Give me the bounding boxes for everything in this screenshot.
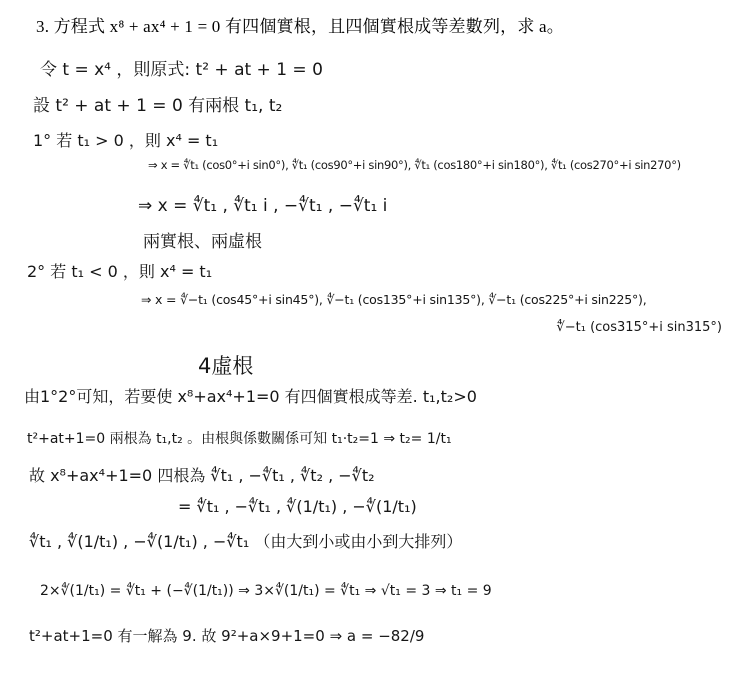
solution-line-case2-conclusion: 4虛根: [198, 353, 253, 379]
solution-line-final-answer: t²+at+1=0 有一解為 9. 故 9²+a×9+1=0 ⇒ a = −82…: [29, 627, 424, 646]
solution-line-case2: 2° 若 t₁ < 0 ，則 x⁴ = t₁: [27, 262, 212, 282]
solution-line-four-roots: 故 x⁸+ax⁴+1=0 四根為 ∜t₁ , −∜t₁ , ∜t₂ , −∜t₂: [29, 466, 375, 486]
solution-line-case1-roots: ⇒ x = ∜t₁ , ∜t₁ i , −∜t₁ , −∜t₁ i: [138, 196, 387, 217]
solution-line-two-roots: 設 t² + at + 1 = 0 有兩根 t₁, t₂: [33, 96, 282, 117]
solution-line-case1-conclusion: 兩實根、兩虛根: [143, 232, 262, 253]
solution-line-case1-polar-roots: ⇒ x = ∜t₁ (cos0°+i sin0°), ∜t₁ (cos90°+i…: [148, 158, 681, 172]
solution-line-four-roots-rewrite: = ∜t₁ , −∜t₁ , ∜(1/t₁) , −∜(1/t₁): [178, 497, 417, 517]
solution-line-combined-condition: 由1°2°可知，若要使 x⁸+ax⁴+1=0 有四個實根成等差. t₁,t₂>0: [24, 387, 477, 407]
solution-line-arithmetic-solve: 2×∜(1/t₁) = ∜t₁ + (−∜(1/t₁)) ⇒ 3×∜(1/t₁)…: [40, 583, 492, 601]
solution-line-ordered-roots: ∜t₁ , ∜(1/t₁) , −∜(1/t₁) , −∜t₁ （由大到小或由小…: [29, 532, 462, 552]
problem-statement: 3. 方程式 x⁸ + ax⁴ + 1 = 0 有四個實根，且四個實根成等差數列…: [36, 16, 564, 37]
solution-line-case1: 1° 若 t₁ > 0 ，則 x⁴ = t₁: [33, 131, 218, 151]
solution-line-case2-polar-roots: ⇒ x = ∜−t₁ (cos45°+i sin45°), ∜−t₁ (cos1…: [141, 292, 647, 308]
solution-line-case2-polar-cont: ∜−t₁ (cos315°+i sin315°): [556, 320, 722, 336]
solution-line-substitution: 令 t = x⁴ ，則原式: t² + at + 1 = 0: [40, 60, 323, 81]
worksheet-page: 3. 方程式 x⁸ + ax⁴ + 1 = 0 有四個實根，且四個實根成等差數列…: [0, 0, 740, 679]
solution-line-vieta: t²+at+1=0 兩根為 t₁,t₂ 。由根與係數關係可知 t₁·t₂=1 ⇒…: [27, 431, 452, 449]
